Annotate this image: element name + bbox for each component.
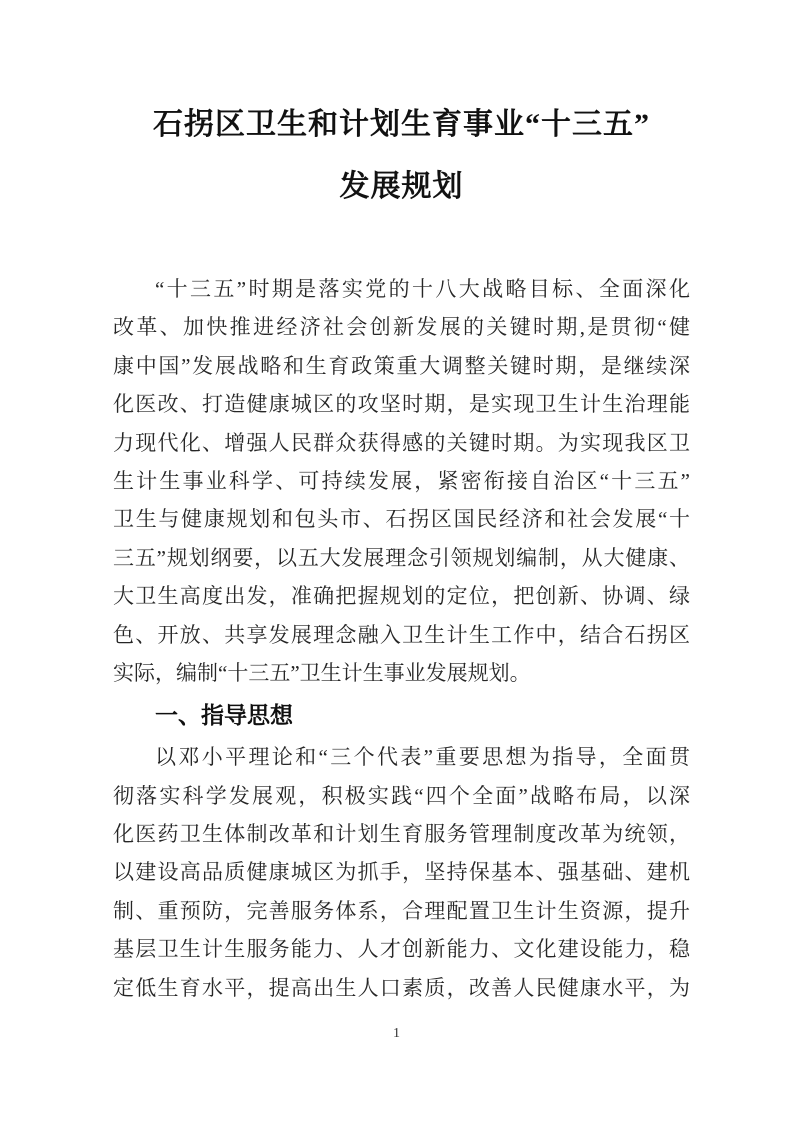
document-page: 石拐区卫生和计划生育事业“十三五” 发展规划 “十三五”时期是落实党的十八大战略… [0, 0, 793, 1122]
paragraph-line: 基层卫生计生服务能力、人才创新能力、文化建设能力，稳 [113, 930, 690, 968]
title-line-2: 发展规划 [113, 156, 690, 218]
paragraph-line: 化医药卫生体制改革和计划生育服务管理制度改革为统领， [113, 815, 690, 853]
document-title: 石拐区卫生和计划生育事业“十三五” 发展规划 [113, 94, 690, 218]
title-line-1: 石拐区卫生和计划生育事业“十三五” [113, 94, 690, 156]
paragraph-line: 生计生事业科学、可持续发展，紧密衔接自治区“十三五” [113, 462, 690, 500]
paragraph-line: 以邓小平理论和“三个代表”重要思想为指导，全面贯 [113, 738, 690, 776]
paragraph-2: 以邓小平理论和“三个代表”重要思想为指导，全面贯 彻落实科学发展观，积极实践“四… [113, 738, 690, 1007]
paragraph-1: “十三五”时期是落实党的十八大战略目标、全面深化 改革、加快推进经济社会创新发展… [113, 270, 690, 692]
paragraph-line: 改革、加快推进经济社会创新发展的关键时期,是贯彻“健 [113, 308, 690, 346]
paragraph-line: “十三五”时期是落实党的十八大战略目标、全面深化 [113, 270, 690, 308]
paragraph-line: 大卫生高度出发，准确把握规划的定位，把创新、协调、绿 [113, 577, 690, 615]
paragraph-line: 彻落实科学发展观，积极实践“四个全面”战略布局，以深 [113, 777, 690, 815]
paragraph-line: 卫生与健康规划和包头市、石拐区国民经济和社会发展“十 [113, 500, 690, 538]
paragraph-line: 实际，编制“十三五”卫生计生事业发展规划。 [113, 654, 690, 692]
paragraph-line: 定低生育水平，提高出生人口素质，改善人民健康水平，为 [113, 969, 690, 1007]
paragraph-line: 以建设高品质健康城区为抓手，坚持保基本、强基础、建机 [113, 853, 690, 891]
paragraph-line: 三五”规划纲要，以五大发展理念引领规划编制，从大健康、 [113, 539, 690, 577]
paragraph-line: 制、重预防，完善服务体系，合理配置卫生计生资源，提升 [113, 892, 690, 930]
page-number: 1 [0, 1026, 793, 1042]
paragraph-line: 力现代化、增强人民群众获得感的关键时期。为实现我区卫 [113, 424, 690, 462]
document-body: “十三五”时期是落实党的十八大战略目标、全面深化 改革、加快推进经济社会创新发展… [113, 270, 690, 1007]
paragraph-line: 化医改、打造健康城区的攻坚时期，是实现卫生计生治理能 [113, 385, 690, 423]
section-heading-guiding-ideology: 一、指导思想 [113, 694, 690, 736]
paragraph-line: 色、开放、共享发展理念融入卫生计生工作中，结合石拐区 [113, 616, 690, 654]
paragraph-line: 康中国”发展战略和生育政策重大调整关键时期，是继续深 [113, 347, 690, 385]
